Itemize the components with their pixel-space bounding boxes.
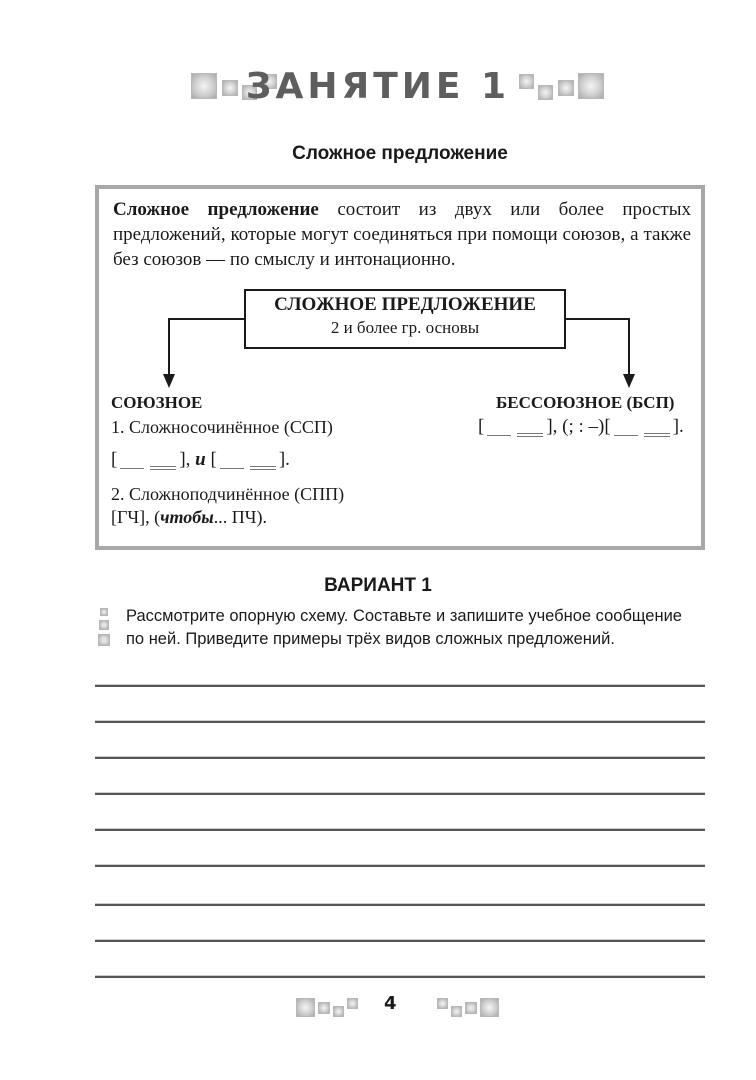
diagram-root-subtitle: 2 и более гр. основы [246,318,564,338]
variant-title: ВАРИАНТ 1 [0,575,756,597]
connector-left-vertical [168,318,170,376]
rule-text: Сложное предложение состоит из двух или … [113,197,691,272]
connector-left-horizontal [168,318,244,320]
answer-line[interactable] [95,792,705,795]
arrow-down-icon [623,374,635,388]
answer-line[interactable] [95,756,705,759]
diagram-root-box: СЛОЖНОЕ ПРЕДЛОЖЕНИЕ 2 и более гр. основы [244,289,566,349]
bsp-schema: [], (; : –)[]. [478,416,684,438]
rule-term: Сложное предложение [113,199,319,220]
decor-square [296,998,315,1017]
spp-schema-rest: ... ПЧ). [214,507,267,527]
spp-item: 2. Сложноподчинённое (СПП) [111,484,344,505]
lesson-title: ЗАНЯТИЕ 1 [0,66,756,107]
task-text: Рассмотрите опорную схему. Составьте и з… [126,605,704,651]
arrow-down-icon [163,374,175,388]
ssp-conjunction: и [195,449,206,470]
answer-line[interactable] [95,903,705,906]
decor-square [558,80,574,96]
bsp-punctuation: , (; : –) [553,416,605,437]
spp-schema: [ГЧ], (чтобы... ПЧ). [111,507,267,528]
ssp-item: 1. Сложносочинённое (ССП) [111,417,333,438]
decor-square [480,998,499,1017]
answer-line[interactable] [95,720,705,723]
decor-square [519,74,534,89]
spp-schema-main: [ГЧ], ( [111,507,160,527]
decor-square [437,998,448,1009]
answer-line[interactable] [95,939,705,942]
ssp-schema: [], и []. [111,449,290,471]
task-marker-icon [100,608,108,616]
page-number: 4 [384,993,397,1014]
task-marker-icon [98,634,110,646]
decor-square [578,73,604,99]
branch-conjunctive-label: СОЮЗНОЕ [111,393,202,413]
answer-line[interactable] [95,828,705,831]
decor-square [538,85,553,100]
answer-line[interactable] [95,684,705,687]
answer-line[interactable] [95,975,705,978]
decor-square [465,1002,477,1014]
connector-right-horizontal [566,318,630,320]
diagram-root-title: СЛОЖНОЕ ПРЕДЛОЖЕНИЕ [246,294,564,316]
spp-conjunction: чтобы [160,507,214,527]
decor-square [333,1006,344,1017]
lesson-subtitle: Сложное предложение [0,143,756,165]
answer-line[interactable] [95,864,705,867]
decor-square [318,1002,330,1014]
decor-square [347,998,358,1009]
branch-nonconjunctive-label: БЕССОЮЗНОЕ (БСП) [496,393,674,413]
decor-square [451,1006,462,1017]
connector-right-vertical [628,318,630,376]
task-marker-icon [99,620,109,630]
